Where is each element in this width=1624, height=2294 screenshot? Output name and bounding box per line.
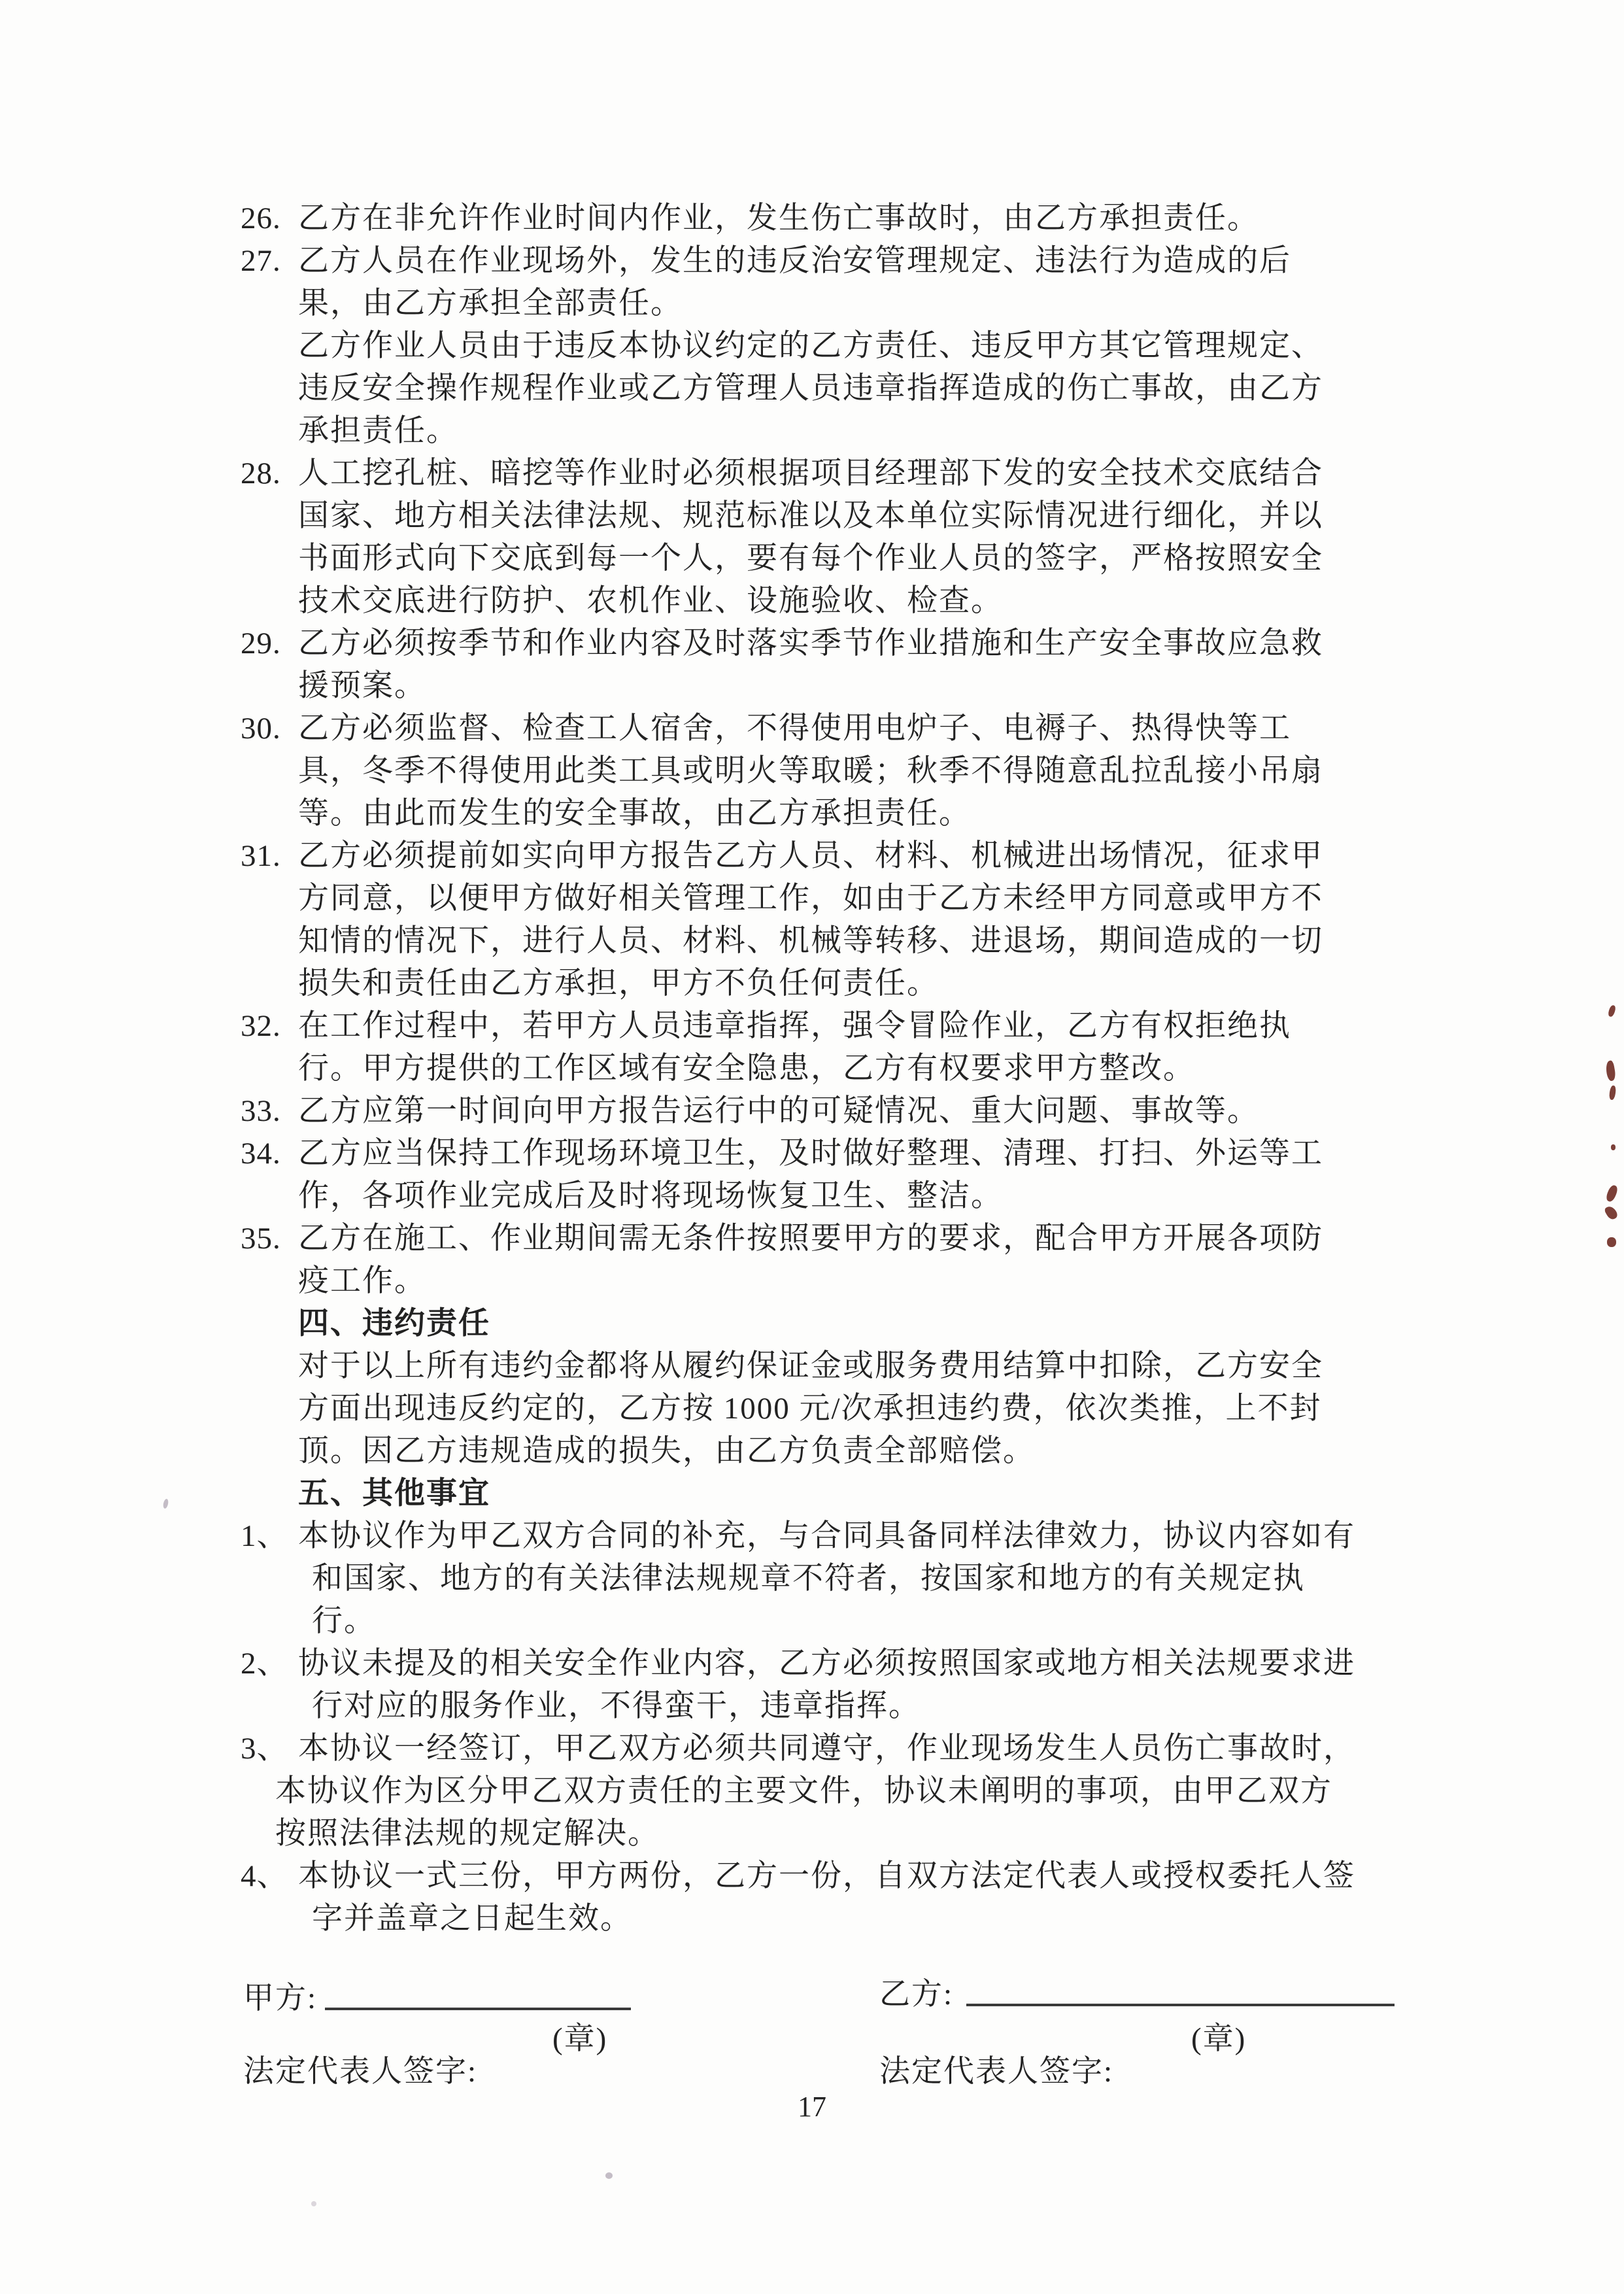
contract-line: 顶。因乙方违规造成的损失，由乙方负责全部赔偿。 <box>0 1430 1624 1473</box>
line-text: 行对应的服务作业，不得蛮干，违章指挥。 <box>312 1689 921 1723</box>
party-a-label: 甲方: <box>243 1980 317 2017</box>
scan-artifact-mark <box>1607 1237 1616 1247</box>
party-b-seal-label: (章) <box>1191 2021 1246 2057</box>
contract-line: 字并盖章之日起生效。 <box>0 1898 1624 1940</box>
contract-line: 书面形式向下交底到每一个人，要有每个作业人员的签字，严格按照安全 <box>0 538 1624 580</box>
line-text: 方同意，以便甲方做好相关管理工作，如由于乙方未经甲方同意或甲方不 <box>298 882 1323 916</box>
line-text: 五、其他事宜 <box>298 1477 490 1511</box>
item-number: 1、 <box>241 1515 288 1558</box>
line-text: 对于以上所有违约金都将从履约保证金或服务费用结算中扣除，乙方安全 <box>298 1349 1323 1383</box>
contract-line: 1、本协议作为甲乙双方合同的补充，与合同具备同样法律效力，协议内容如有 <box>0 1515 1624 1558</box>
contract-line: 损失和责任由乙方承担，甲方不负任何责任。 <box>0 963 1624 1005</box>
line-text: 乙方应当保持工作现场环境卫生，及时做好整理、清理、打扫、外运等工 <box>298 1137 1323 1171</box>
item-number: 35. <box>241 1218 281 1260</box>
contract-line: 35.乙方在施工、作业期间需无条件按照要甲方的要求，配合甲方开展各项防 <box>0 1218 1624 1260</box>
item-number: 4、 <box>241 1855 288 1898</box>
line-text: 承担责任。 <box>298 414 458 448</box>
item-number: 33. <box>241 1090 281 1133</box>
contract-line: 乙方作业人员由于违反本协议约定的乙方责任、违反甲方其它管理规定、 <box>0 325 1624 368</box>
line-text: 乙方必须监督、检查工人宿舍，不得使用电炉子、电褥子、热得快等工 <box>298 711 1291 745</box>
contract-line: 34.乙方应当保持工作现场环境卫生，及时做好整理、清理、打扫、外运等工 <box>0 1133 1624 1175</box>
contract-line: 和国家、地方的有关法律法规规章不符者，按国家和地方的有关规定执 <box>0 1558 1624 1600</box>
party-b-legal-rep-label: 法定代表人签字: <box>879 2053 1113 2090</box>
line-text: 按照法律法规的规定解决。 <box>275 1817 660 1851</box>
line-text: 行。 <box>312 1604 376 1638</box>
section-heading: 五、其他事宜 <box>0 1473 1624 1515</box>
document-page: 26.乙方在非允许作业时间内作业，发生伤亡事故时，由乙方承担责任。27.乙方人员… <box>0 0 1624 2294</box>
section-heading: 四、违约责任 <box>0 1303 1624 1345</box>
contract-line: 32.在工作过程中，若甲方人员违章指挥，强令冒险作业，乙方有权拒绝执 <box>0 1005 1624 1048</box>
contract-line: 果，由乙方承担全部责任。 <box>0 282 1624 325</box>
line-text: 字并盖章之日起生效。 <box>312 1902 632 1936</box>
line-text: 协议未提及的相关安全作业内容，乙方必须按照国家或地方相关法规要求进 <box>298 1647 1355 1681</box>
line-text: 四、违约责任 <box>298 1307 490 1341</box>
line-text: 本协议作为甲乙双方合同的补充，与合同具备同样法律效力，协议内容如有 <box>298 1519 1355 1553</box>
contract-line: 方面出现违反约定的，乙方按 1000 元/次承担违约费，依次类推，上不封 <box>0 1388 1624 1430</box>
item-number: 26. <box>241 197 281 240</box>
contract-line: 等。由此而发生的安全事故，由乙方承担责任。 <box>0 793 1624 835</box>
line-text: 本协议一式三份，甲方两份，乙方一份，自双方法定代表人或授权委托人签 <box>298 1859 1355 1893</box>
line-text: 技术交底进行防护、农机作业、设施验收、检查。 <box>298 584 1003 618</box>
line-text: 本协议作为区分甲乙双方责任的主要文件，协议未阐明的事项，由甲乙双方 <box>275 1774 1332 1808</box>
line-text: 乙方作业人员由于违反本协议约定的乙方责任、违反甲方其它管理规定、 <box>298 329 1323 363</box>
contract-body: 26.乙方在非允许作业时间内作业，发生伤亡事故时，由乙方承担责任。27.乙方人员… <box>0 197 1624 1940</box>
party-a-signature-line <box>325 2008 631 2010</box>
line-text: 知情的情况下，进行人员、材料、机械等转移、进退场，期间造成的一切 <box>298 924 1323 958</box>
line-text: 乙方应第一时间向甲方报告运行中的可疑情况、重大问题、事故等。 <box>298 1094 1259 1128</box>
item-number: 31. <box>241 835 281 878</box>
contract-line: 按照法律法规的规定解决。 <box>0 1813 1624 1855</box>
line-text: 乙方必须提前如实向甲方报告乙方人员、材料、机械进出场情况，征求甲 <box>298 839 1323 873</box>
contract-line: 33.乙方应第一时间向甲方报告运行中的可疑情况、重大问题、事故等。 <box>0 1090 1624 1133</box>
contract-line: 28.人工挖孔桩、暗挖等作业时必须根据项目经理部下发的安全技术交底结合 <box>0 453 1624 495</box>
contract-line: 本协议作为区分甲乙双方责任的主要文件，协议未阐明的事项，由甲乙双方 <box>0 1770 1624 1813</box>
contract-line: 行。 <box>0 1600 1624 1643</box>
line-text: 和国家、地方的有关法律法规规章不符者，按国家和地方的有关规定执 <box>312 1562 1305 1596</box>
contract-line: 援预案。 <box>0 665 1624 708</box>
contract-line: 行对应的服务作业，不得蛮干，违章指挥。 <box>0 1685 1624 1728</box>
scan-artifact-mark <box>1611 1144 1616 1150</box>
scan-speck <box>311 2201 316 2206</box>
line-text: 方面出现违反约定的，乙方按 1000 元/次承担违约费，依次类推，上不封 <box>298 1392 1322 1426</box>
contract-line: 31.乙方必须提前如实向甲方报告乙方人员、材料、机械进出场情况，征求甲 <box>0 835 1624 878</box>
page-number: 17 <box>0 2090 1624 2123</box>
line-text: 违反安全操作规程作业或乙方管理人员违章指挥造成的伤亡事故，由乙方 <box>298 371 1323 405</box>
item-number: 32. <box>241 1005 281 1048</box>
contract-line: 国家、地方相关法律法规、规范标准以及本单位实际情况进行细化，并以 <box>0 495 1624 538</box>
item-number: 34. <box>241 1133 281 1175</box>
party-a-seal-label: (章) <box>552 2021 607 2057</box>
line-text: 乙方在非允许作业时间内作业，发生伤亡事故时，由乙方承担责任。 <box>298 201 1259 235</box>
contract-line: 具，冬季不得使用此类工具或明火等取暖；秋季不得随意乱拉乱接小吊扇 <box>0 750 1624 793</box>
item-number: 29. <box>241 623 281 665</box>
contract-line: 4、本协议一式三份，甲方两份，乙方一份，自双方法定代表人或授权委托人签 <box>0 1855 1624 1898</box>
contract-line: 对于以上所有违约金都将从履约保证金或服务费用结算中扣除，乙方安全 <box>0 1345 1624 1388</box>
contract-line: 行。甲方提供的工作区域有安全隐患，乙方有权要求甲方整改。 <box>0 1048 1624 1090</box>
line-text: 作，各项作业完成后及时将现场恢复卫生、整洁。 <box>298 1179 1003 1213</box>
line-text: 果，由乙方承担全部责任。 <box>298 286 683 320</box>
party-b-label: 乙方: <box>879 1976 953 2013</box>
line-text: 行。甲方提供的工作区域有安全隐患，乙方有权要求甲方整改。 <box>298 1052 1195 1086</box>
contract-line: 承担责任。 <box>0 410 1624 453</box>
line-text: 援预案。 <box>298 669 426 703</box>
contract-line: 作，各项作业完成后及时将现场恢复卫生、整洁。 <box>0 1175 1624 1218</box>
line-text: 人工挖孔桩、暗挖等作业时必须根据项目经理部下发的安全技术交底结合 <box>298 456 1323 490</box>
contract-line: 疫工作。 <box>0 1260 1624 1303</box>
line-text: 等。由此而发生的安全事故，由乙方承担责任。 <box>298 796 971 830</box>
contract-line: 方同意，以便甲方做好相关管理工作，如由于乙方未经甲方同意或甲方不 <box>0 878 1624 920</box>
item-number: 27. <box>241 240 281 282</box>
contract-line: 30.乙方必须监督、检查工人宿舍，不得使用电炉子、电褥子、热得快等工 <box>0 708 1624 750</box>
line-text: 书面形式向下交底到每一个人，要有每个作业人员的签字，严格按照安全 <box>298 541 1323 575</box>
line-text: 疫工作。 <box>298 1264 426 1298</box>
line-text: 乙方人员在作业现场外，发生的违反治安管理规定、违法行为造成的后 <box>298 244 1291 278</box>
scan-speck <box>605 2172 613 2179</box>
contract-line: 26.乙方在非允许作业时间内作业，发生伤亡事故时，由乙方承担责任。 <box>0 197 1624 240</box>
item-number: 30. <box>241 708 281 750</box>
item-number: 28. <box>241 453 281 495</box>
contract-line: 违反安全操作规程作业或乙方管理人员违章指挥造成的伤亡事故，由乙方 <box>0 368 1624 410</box>
line-text: 顶。因乙方违规造成的损失，由乙方负责全部赔偿。 <box>298 1434 1035 1468</box>
party-a-legal-rep-label: 法定代表人签字: <box>243 2053 477 2090</box>
contract-line: 技术交底进行防护、农机作业、设施验收、检查。 <box>0 580 1624 623</box>
contract-line: 3、本协议一经签订，甲乙双方必须共同遵守，作业现场发生人员伤亡事故时， <box>0 1728 1624 1770</box>
item-number: 2、 <box>241 1643 288 1685</box>
line-text: 乙方在施工、作业期间需无条件按照要甲方的要求，配合甲方开展各项防 <box>298 1222 1323 1256</box>
item-number: 3、 <box>241 1728 288 1770</box>
contract-line: 2、协议未提及的相关安全作业内容，乙方必须按照国家或地方相关法规要求进 <box>0 1643 1624 1685</box>
party-b-signature-line <box>966 2004 1395 2006</box>
contract-line: 27.乙方人员在作业现场外，发生的违反治安管理规定、违法行为造成的后 <box>0 240 1624 282</box>
line-text: 在工作过程中，若甲方人员违章指挥，强令冒险作业，乙方有权拒绝执 <box>298 1009 1291 1043</box>
line-text: 国家、地方相关法律法规、规范标准以及本单位实际情况进行细化，并以 <box>298 499 1323 533</box>
line-text: 具，冬季不得使用此类工具或明火等取暖；秋季不得随意乱拉乱接小吊扇 <box>298 754 1323 788</box>
line-text: 损失和责任由乙方承担，甲方不负任何责任。 <box>298 967 939 1001</box>
line-text: 乙方必须按季节和作业内容及时落实季节作业措施和生产安全事故应急救 <box>298 626 1323 660</box>
contract-line: 29.乙方必须按季节和作业内容及时落实季节作业措施和生产安全事故应急救 <box>0 623 1624 665</box>
contract-line: 知情的情况下，进行人员、材料、机械等转移、进退场，期间造成的一切 <box>0 920 1624 963</box>
line-text: 本协议一经签订，甲乙双方必须共同遵守，作业现场发生人员伤亡事故时， <box>298 1732 1355 1766</box>
